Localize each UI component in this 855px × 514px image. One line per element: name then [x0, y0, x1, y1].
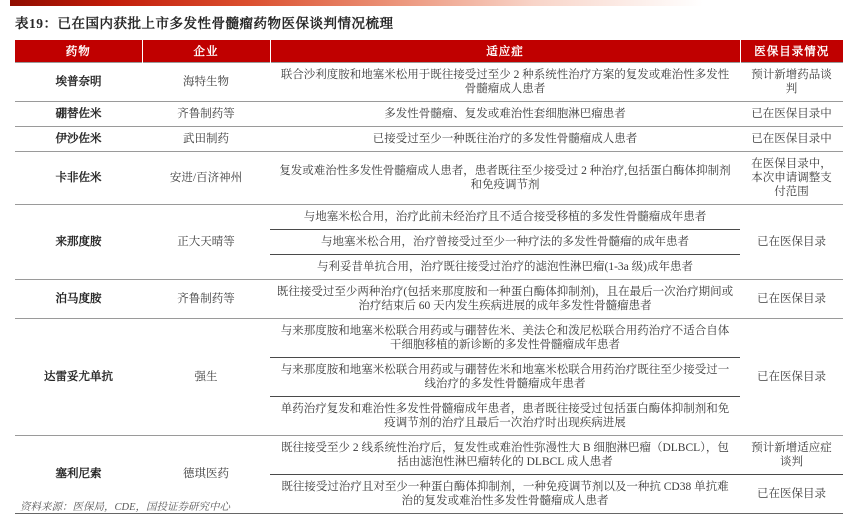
table-row: 达雷妥尤单抗 强生 与来那度胺和地塞米松联合用药或与硼替佐米、美法仑和泼尼松联合… — [15, 318, 843, 357]
indication-cell: 既往接受过至少两种治疗(包括来那度胺和一种蛋白酶体抑制剂)，且在最后一次治疗期间… — [270, 279, 740, 318]
drug-name-cell: 来那度胺 — [15, 204, 142, 279]
header-drug: 药物 — [15, 40, 142, 62]
company-cell: 强生 — [142, 318, 270, 435]
top-accent-gradient-bar — [10, 0, 855, 6]
indication-cell: 既往接受至少 2 线系统性治疗后，复发性或难治性弥漫性大 B 细胞淋巴瘤（DLB… — [270, 435, 740, 474]
indication-cell: 与利妥昔单抗合用，治疗既往接受过治疗的滤泡性淋巴瘤(1-3a 级)成年患者 — [270, 254, 740, 279]
indication-cell: 与地塞米松合用，治疗此前未经治疗且不适合接受移植的多发性骨髓瘤成年患者 — [270, 204, 740, 229]
drug-name-cell: 伊沙佐米 — [15, 126, 142, 151]
table-row: 埃普奈明 海特生物 联合沙利度胺和地塞米松用于既往接受过至少 2 种系统性治疗方… — [15, 62, 843, 101]
table-title: 表19：已在国内获批上市多发性骨髓瘤药物医保谈判情况梳理 — [15, 12, 394, 32]
indication-cell: 复发或难治性多发性骨髓瘤成人患者，患者既往至少接受过 2 种治疗,包括蛋白酶体抑… — [270, 151, 740, 204]
status-cell: 已在医保目录 — [740, 279, 843, 318]
indication-cell: 与来那度胺和地塞米松联合用药或与硼替佐米、美法仑和泼尼松联合用药治疗不适合自体干… — [270, 318, 740, 357]
source-note: 资料来源：医保局，CDE，国投证券研究中心 — [20, 499, 230, 514]
status-cell: 已在医保目录 — [740, 318, 843, 435]
status-cell: 已在医保目录 — [740, 474, 843, 514]
header-status: 医保目录情况 — [740, 40, 843, 62]
company-cell: 正大天晴等 — [142, 204, 270, 279]
drug-name-cell: 硼替佐米 — [15, 101, 142, 126]
drug-name-cell: 埃普奈明 — [15, 62, 142, 101]
status-cell: 预计新增药品谈判 — [740, 62, 843, 101]
status-cell: 已在医保目录中 — [740, 101, 843, 126]
company-cell: 安进/百济神州 — [142, 151, 270, 204]
table-row: 来那度胺 正大天晴等 与地塞米松合用，治疗此前未经治疗且不适合接受移植的多发性骨… — [15, 204, 843, 229]
indication-cell: 与地塞米松合用，治疗曾接受过至少一种疗法的多发性骨髓瘤的成年患者 — [270, 229, 740, 254]
status-cell: 已在医保目录 — [740, 204, 843, 279]
status-cell: 预计新增适应症谈判 — [740, 435, 843, 474]
indication-cell: 单药治疗复发和难治性多发性骨髓瘤成年患者，患者既往接受过包括蛋白酶体抑制剂和免疫… — [270, 396, 740, 435]
drug-insurance-table: 药物 企业 适应症 医保目录情况 埃普奈明 海特生物 联合沙利度胺和地塞米松用于… — [15, 40, 843, 514]
table-header-row: 药物 企业 适应症 医保目录情况 — [15, 40, 843, 62]
header-company: 企业 — [142, 40, 270, 62]
drug-name-cell: 达雷妥尤单抗 — [15, 318, 142, 435]
indication-cell: 多发性骨髓瘤、复发或难治性套细胞淋巴瘤患者 — [270, 101, 740, 126]
table-row: 卡非佐米 安进/百济神州 复发或难治性多发性骨髓瘤成人患者，患者既往至少接受过 … — [15, 151, 843, 204]
indication-cell: 与来那度胺和地塞米松联合用药或与硼替佐米和地塞米松联合用药治疗既往至少接受过一线… — [270, 357, 740, 396]
drug-name-cell: 卡非佐米 — [15, 151, 142, 204]
status-cell: 在医保目录中，本次申请调整支付范围 — [740, 151, 843, 204]
table-row: 塞利尼索 德琪医药 既往接受至少 2 线系统性治疗后，复发性或难治性弥漫性大 B… — [15, 435, 843, 474]
company-cell: 武田制药 — [142, 126, 270, 151]
drug-name-cell: 泊马度胺 — [15, 279, 142, 318]
table-row: 泊马度胺 齐鲁制药等 既往接受过至少两种治疗(包括来那度胺和一种蛋白酶体抑制剂)… — [15, 279, 843, 318]
indication-cell: 既往接受过治疗且对至少一种蛋白酶体抑制剂，一种免疫调节剂以及一种抗 CD38 单… — [270, 474, 740, 514]
company-cell: 齐鲁制药等 — [142, 101, 270, 126]
company-cell: 齐鲁制药等 — [142, 279, 270, 318]
table-row: 硼替佐米 齐鲁制药等 多发性骨髓瘤、复发或难治性套细胞淋巴瘤患者 已在医保目录中 — [15, 101, 843, 126]
indication-cell: 已接受过至少一种既往治疗的多发性骨髓瘤成人患者 — [270, 126, 740, 151]
company-cell: 海特生物 — [142, 62, 270, 101]
table-row: 伊沙佐米 武田制药 已接受过至少一种既往治疗的多发性骨髓瘤成人患者 已在医保目录… — [15, 126, 843, 151]
status-cell: 已在医保目录中 — [740, 126, 843, 151]
header-indication: 适应症 — [270, 40, 740, 62]
indication-cell: 联合沙利度胺和地塞米松用于既往接受过至少 2 种系统性治疗方案的复发或难治性多发… — [270, 62, 740, 101]
